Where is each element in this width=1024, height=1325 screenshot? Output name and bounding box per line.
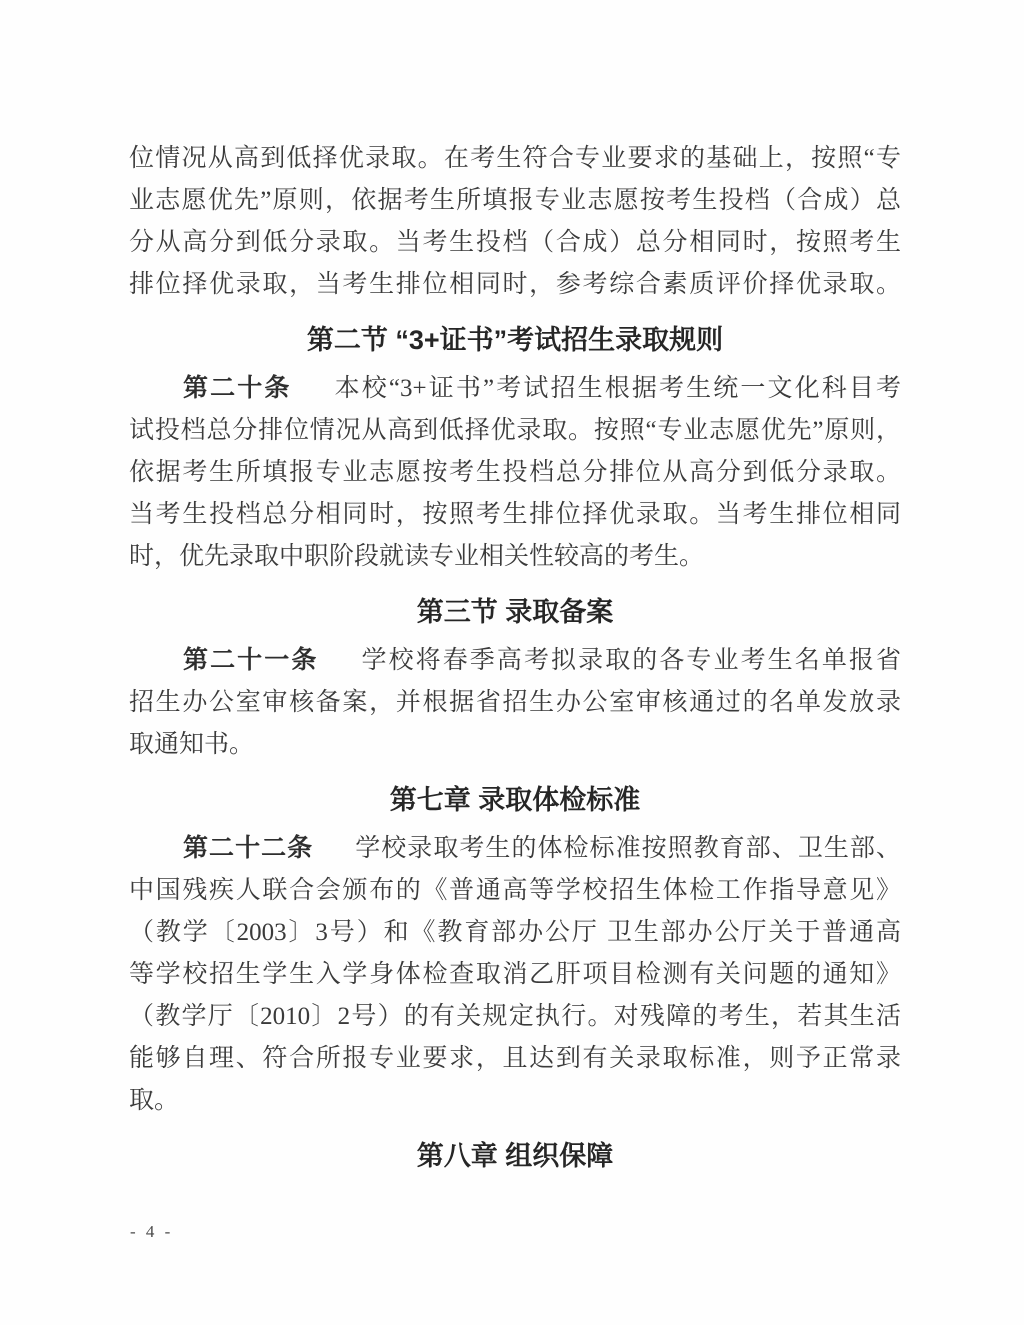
text-line: 依据考生所填报专业志愿按考生投档总分排位从高分到低分录取。 [129, 452, 901, 494]
text-line: 等学校招生学生入学身体检查取消乙肝项目检测有关问题的通知》 [129, 954, 901, 996]
text-line: 试投档总分排位情况从高到低择优录取。按照“专业志愿优先”原则， [129, 410, 901, 452]
text-run: 本校“3+证书”考试招生根据考生统一文化科目考 [308, 375, 901, 402]
heading-section-3: 第三节 录取备案 [129, 590, 901, 634]
text-line: 分从高分到低分录取。当考生投档（合成）总分相同时，按照考生 [129, 222, 901, 264]
text-line: 第二十二条 学校录取考生的体检标准按照教育部、卫生部、 [129, 828, 901, 870]
text-line: 位情况从高到低择优录取。在考生符合专业要求的基础上，按照“专 [129, 138, 901, 180]
page-number: - 4 - [130, 1222, 173, 1242]
heading-section-2: 第二节 “3+证书”考试招生录取规则 [129, 318, 901, 362]
text-line: 取。 [129, 1080, 901, 1122]
text-line: 招生办公室审核备案，并根据省招生办公室审核通过的名单发放录 [129, 682, 901, 724]
text-line: （教学〔2003〕3号）和《教育部办公厅 卫生部办公厅关于普通高 [129, 912, 901, 954]
paragraph-article-20: 第二十条 本校“3+证书”考试招生根据考生统一文化科目考 试投档总分排位情况从高… [129, 368, 901, 578]
text-run: 学校将春季高考拟录取的各专业考生名单报省 [334, 647, 901, 674]
page-content: 位情况从高到低择优录取。在考生符合专业要求的基础上，按照“专 业志愿优先”原则，… [129, 138, 901, 1184]
paragraph-article-21: 第二十一条 学校将春季高考拟录取的各专业考生名单报省 招生办公室审核备案，并根据… [129, 640, 901, 766]
text-line: 第二十一条 学校将春季高考拟录取的各专业考生名单报省 [129, 640, 901, 682]
heading-chapter-7: 第七章 录取体检标准 [129, 778, 901, 822]
text-line: 时，优先录取中职阶段就读专业相关性较高的考生。 [129, 536, 901, 578]
text-line: 当考生投档总分相同时，按照考生排位择优录取。当考生排位相同 [129, 494, 901, 536]
heading-chapter-8: 第八章 组织保障 [129, 1134, 901, 1178]
text-line: 中国残疾人联合会颁布的《普通高等学校招生体检工作指导意见》 [129, 870, 901, 912]
text-line: 第二十条 本校“3+证书”考试招生根据考生统一文化科目考 [129, 368, 901, 410]
text-run: 学校录取考生的体检标准按照教育部、卫生部、 [329, 835, 901, 862]
text-line: 业志愿优先”原则，依据考生所填报专业志愿按考生投档（合成）总 [129, 180, 901, 222]
text-line: 取通知书。 [129, 724, 901, 766]
text-line: 能够自理、符合所报专业要求，且达到有关录取标准，则予正常录 [129, 1038, 901, 1080]
article-number: 第二十条 [183, 375, 292, 402]
paragraph-article-22: 第二十二条 学校录取考生的体检标准按照教育部、卫生部、 中国残疾人联合会颁布的《… [129, 828, 901, 1122]
text-line: （教学厅〔2010〕2号）的有关规定执行。对残障的考生，若其生活 [129, 996, 901, 1038]
document-page: 位情况从高到低择优录取。在考生符合专业要求的基础上，按照“专 业志愿优先”原则，… [0, 0, 1024, 1325]
article-number: 第二十一条 [183, 647, 318, 674]
article-number: 第二十二条 [183, 835, 313, 862]
text-line: 排位择优录取，当考生排位相同时，参考综合素质评价择优录取。 [129, 264, 901, 306]
paragraph-continuation: 位情况从高到低择优录取。在考生符合专业要求的基础上，按照“专 业志愿优先”原则，… [129, 138, 901, 306]
